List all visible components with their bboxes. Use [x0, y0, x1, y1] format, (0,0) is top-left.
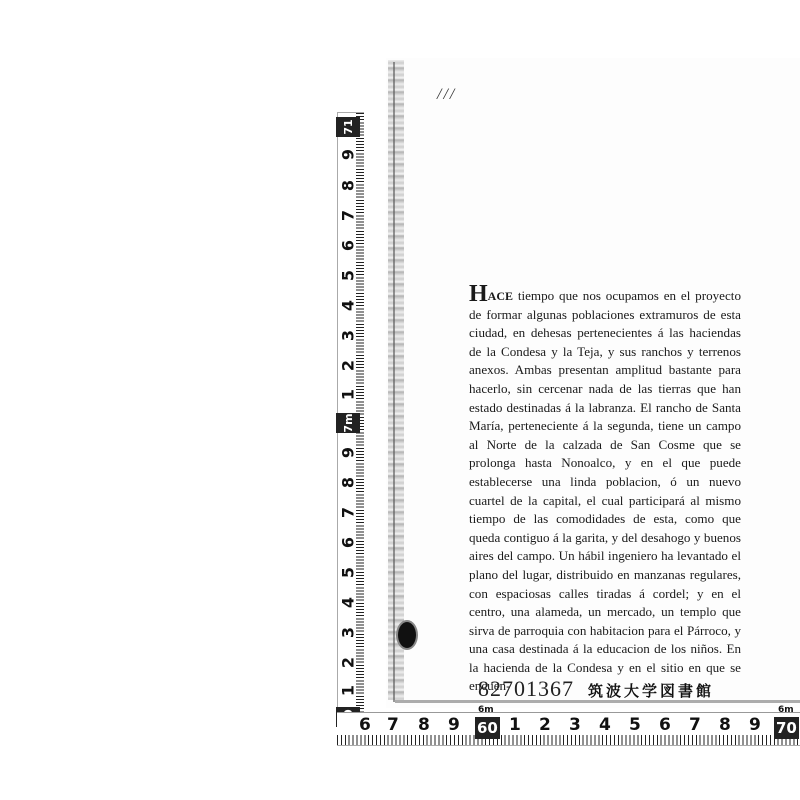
ruler-badge-label: 6m — [778, 705, 794, 715]
ruler-number: 2 — [539, 715, 551, 735]
ruler-badge: 60 — [475, 717, 500, 739]
ruler-ticks — [337, 735, 800, 745]
ruler-number: 7 — [339, 504, 358, 522]
paragraph-text: tiempo que nos ocupamos en el proyecto d… — [469, 288, 741, 693]
ruler-number: 8 — [719, 715, 731, 735]
ruler-number: 3 — [339, 624, 358, 642]
ruler-number: 6 — [339, 534, 358, 552]
page-binding-edge — [388, 60, 404, 700]
ruler-number: 9 — [339, 444, 358, 462]
ruler-number: 7 — [387, 715, 399, 735]
ruler-number: 7 — [689, 715, 701, 735]
ruler-number: 6 — [359, 715, 371, 735]
dropcap: H — [469, 281, 488, 307]
stamp-library-name: 筑波大学図書館 — [588, 680, 714, 701]
ruler-number: 1 — [339, 682, 358, 700]
ruler-badge: 7m — [336, 413, 360, 433]
ruler-number: 5 — [629, 715, 641, 735]
ruler-number: 2 — [339, 357, 358, 375]
binding-hole — [398, 622, 416, 648]
ruler-badge-label: 6m — [478, 705, 494, 715]
ruler-number: 5 — [339, 267, 358, 285]
margin-mark: /// — [437, 86, 456, 104]
ruler-number: 9 — [339, 146, 358, 164]
library-stamp: 82701367 筑波大学図書館 — [478, 676, 714, 702]
page-binding-line — [393, 62, 395, 702]
ruler-number: 7 — [339, 207, 358, 225]
ruler-number: 3 — [569, 715, 581, 735]
ruler-number: 9 — [448, 715, 460, 735]
ruler-number: 1 — [339, 386, 358, 404]
paragraph: HACE tiempo que nos ocupamos en el proye… — [469, 285, 741, 696]
ruler-number: 8 — [418, 715, 430, 735]
ruler-number: 2 — [339, 654, 358, 672]
opening-smallcaps: ACE — [488, 289, 513, 303]
ruler-number: 4 — [339, 594, 358, 612]
stamp-number: 82701367 — [478, 676, 574, 702]
ruler-number: 6 — [659, 715, 671, 735]
ruler-number: 8 — [339, 474, 358, 492]
ruler-number: 6 — [339, 237, 358, 255]
ruler-number: 4 — [339, 297, 358, 315]
ruler-badge: 71 — [336, 117, 360, 137]
ruler-number: 8 — [339, 177, 358, 195]
horizontal-ruler: 6 7 8 9 6m 60 1 2 3 4 5 6 7 8 9 6m 70 — [337, 712, 800, 746]
ruler-number: 3 — [339, 327, 358, 345]
ruler-badge: 70 — [774, 717, 799, 739]
body-text: HACE tiempo que nos ocupamos en el proye… — [469, 285, 741, 696]
vertical-ruler: 71 9 8 7 6 5 4 3 2 1 7m 9 8 7 6 5 4 3 2 … — [337, 112, 364, 714]
ruler-number: 4 — [599, 715, 611, 735]
ruler-number: 9 — [749, 715, 761, 735]
ruler-number: 1 — [509, 715, 521, 735]
ruler-number: 5 — [339, 564, 358, 582]
